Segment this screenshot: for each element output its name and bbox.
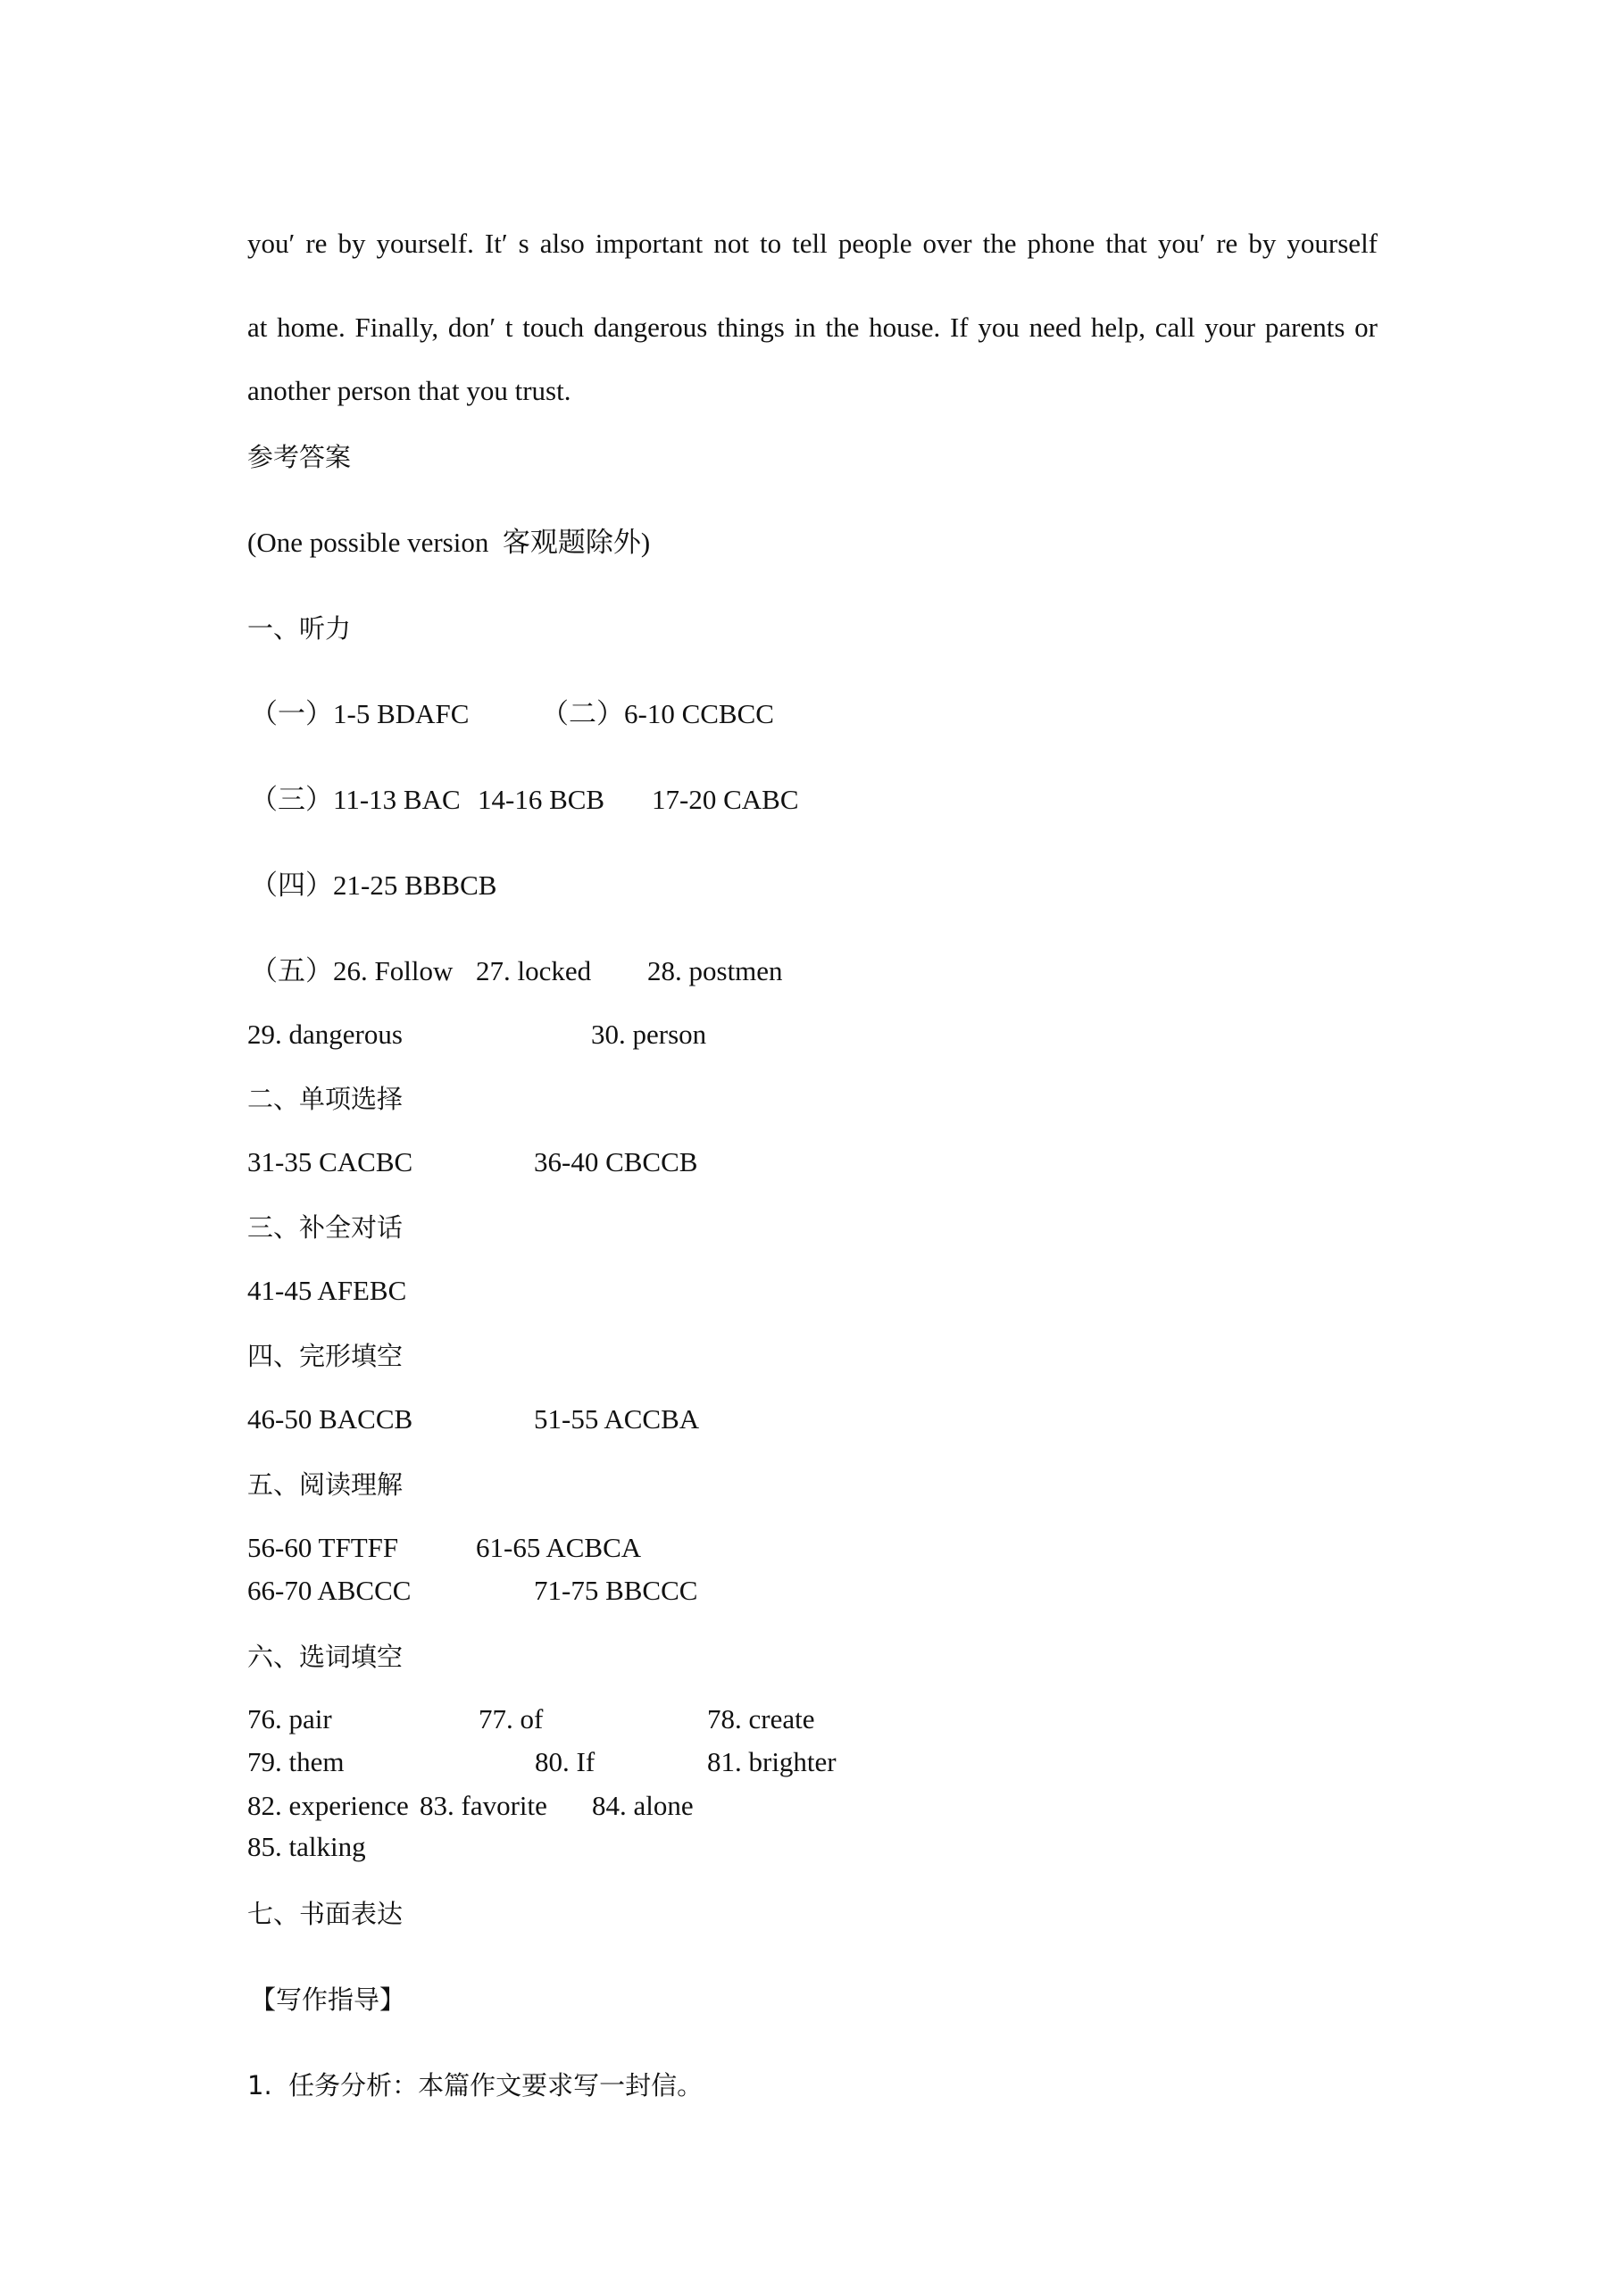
- listening-part-5a: （五）26. Follow: [250, 955, 453, 987]
- word-fill-item: 76. pair: [247, 1703, 332, 1735]
- word-fill-item: 83. favorite: [420, 1790, 547, 1822]
- answer-key-note: (One possible version 客观题除外): [247, 527, 650, 559]
- listening-row-5: 29. dangerous 30. person: [0, 1019, 1624, 1051]
- word-fill-item: 77. of: [479, 1703, 543, 1735]
- word-fill-item: 85. talking: [247, 1831, 366, 1863]
- listening-part-4: （四）21-25 BBBCB: [250, 869, 496, 902]
- section-heading-writing: 七、书面表达: [247, 1898, 403, 1930]
- reading-d: 71-75 BBCCC: [534, 1575, 697, 1607]
- reading-b: 61-65 ACBCA: [476, 1532, 641, 1564]
- section-heading-reading: 五、阅读理解: [247, 1468, 403, 1501]
- word-fill-row-3: 82. experience 83. favorite 84. alone: [0, 1790, 1624, 1822]
- reading-a: 56-60 TFTFF: [247, 1532, 398, 1564]
- listening-part-3b: 14-16 BCB: [478, 784, 604, 816]
- listening-row-3: （四）21-25 BBBCB: [0, 869, 1624, 902]
- writing-guide-title: 【写作指导】: [250, 1984, 405, 2016]
- section-heading-word-fill: 六、选词填空: [247, 1641, 403, 1673]
- listening-part-5c: 28. postmen: [647, 955, 783, 987]
- word-fill-item: 80. If: [535, 1746, 595, 1778]
- listening-part-1: （一）1-5 BDAFC: [250, 698, 469, 730]
- writing-guide-point-1: 1. 任务分析：本篇作文要求写一封信。: [247, 2069, 703, 2101]
- listening-part-5b: 27. locked: [476, 955, 591, 987]
- cloze-b: 51-55 ACCBA: [534, 1403, 699, 1435]
- dialogue-answers: 41-45 AFEBC: [247, 1275, 406, 1307]
- listening-row-1: （一）1-5 BDAFC （二）6-10 CCBCC: [0, 698, 1624, 730]
- listening-part-5e: 30. person: [591, 1019, 706, 1051]
- listening-part-5d: 29. dangerous: [247, 1019, 403, 1051]
- listening-part-3a: （三）11-13 BAC: [250, 784, 461, 816]
- answer-key-title: 参考答案: [247, 441, 351, 473]
- listening-part-2: （二）6-10 CCBCC: [541, 698, 774, 730]
- word-fill-item: 84. alone: [592, 1790, 694, 1822]
- listening-row-2: （三）11-13 BAC 14-16 BCB 17-20 CABC: [0, 784, 1624, 816]
- cloze-row: 46-50 BACCB 51-55 ACCBA: [0, 1403, 1624, 1435]
- reading-row-1: 56-60 TFTFF 61-65 ACBCA: [0, 1532, 1624, 1564]
- document-page: you′ re by yourself. It′ s also importan…: [0, 0, 1624, 2296]
- reading-row-2: 66-70 ABCCC 71-75 BBCCC: [0, 1575, 1624, 1607]
- single-choice-a: 31-35 CACBC: [247, 1146, 412, 1178]
- single-choice-row: 31-35 CACBC 36-40 CBCCB: [0, 1146, 1624, 1178]
- single-choice-b: 36-40 CBCCB: [534, 1146, 697, 1178]
- section-heading-dialogue: 三、补全对话: [247, 1211, 403, 1244]
- passage-line-2: at home. Finally, don′ t touch dangerous…: [247, 312, 1378, 344]
- section-heading-single-choice: 二、单项选择: [247, 1083, 403, 1115]
- word-fill-row-1: 76. pair 77. of 78. create: [0, 1703, 1624, 1735]
- listening-row-4: （五）26. Follow 27. locked 28. postmen: [0, 955, 1624, 987]
- passage-line-3: another person that you trust.: [247, 375, 570, 407]
- section-heading-listening: 一、听力: [247, 612, 351, 645]
- word-fill-item: 82. experience: [247, 1790, 409, 1822]
- cloze-a: 46-50 BACCB: [247, 1403, 412, 1435]
- word-fill-item: 79. them: [247, 1746, 345, 1778]
- reading-c: 66-70 ABCCC: [247, 1575, 411, 1607]
- word-fill-row-4: 85. talking: [0, 1831, 1624, 1863]
- word-fill-item: 81. brighter: [707, 1746, 837, 1778]
- listening-part-3c: 17-20 CABC: [652, 784, 799, 816]
- word-fill-item: 78. create: [707, 1703, 814, 1735]
- word-fill-row-2: 79. them 80. If 81. brighter: [0, 1746, 1624, 1778]
- section-heading-cloze: 四、完形填空: [247, 1340, 403, 1372]
- passage-line-1: you′ re by yourself. It′ s also importan…: [247, 228, 1378, 260]
